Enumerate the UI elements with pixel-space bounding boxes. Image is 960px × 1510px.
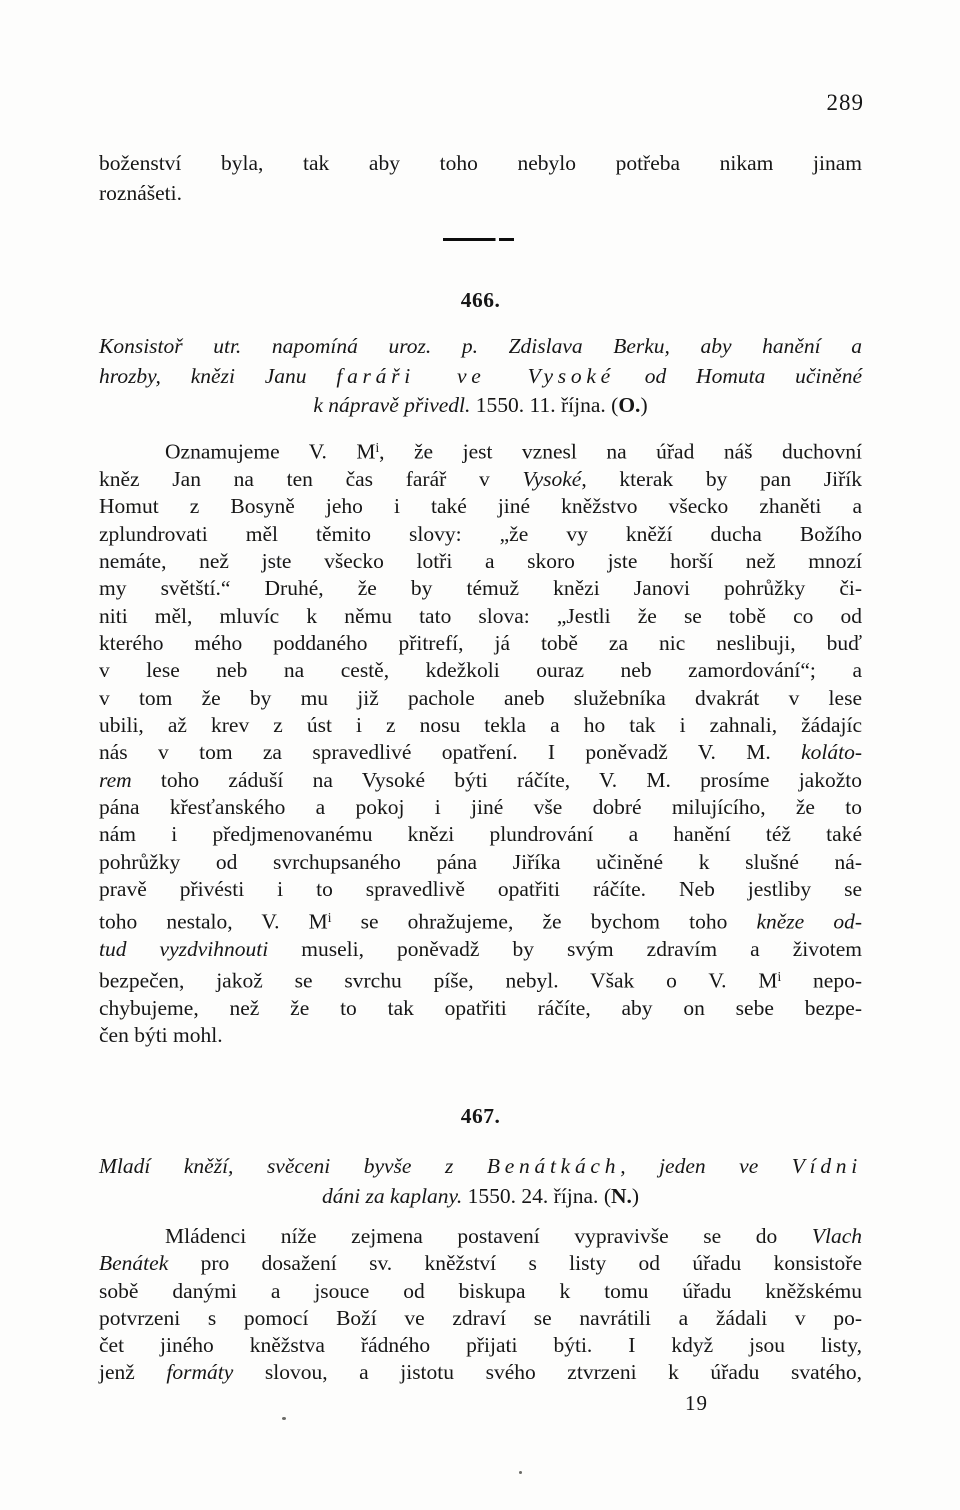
- text-run: Vlach: [812, 1224, 862, 1248]
- signature-mark: 19: [685, 1391, 708, 1416]
- text-line: chybujeme, než že to tak opatřiti ráčíte…: [99, 995, 862, 1022]
- text-run: v tom že by mu již pachole aneb služební…: [99, 686, 862, 710]
- text-run: bezpečen, jakož se svrchu píše, nebyl. V…: [99, 969, 777, 993]
- text-run: nepo-: [781, 969, 862, 993]
- text-run: potvrzeni s pomocí Boží ve zdraví se nav…: [99, 1306, 862, 1330]
- text-run: formáty: [166, 1360, 233, 1384]
- text-run: 1550. 24. října.: [468, 1184, 604, 1208]
- text-run: pohrůžky od svrchupsaného pána Jiříka uč…: [99, 850, 862, 874]
- text-run: N.: [611, 1184, 632, 1208]
- text-line: nám i předjmenovanému knězi plundrování …: [99, 821, 862, 848]
- text-run: hrozby, knězi Janu: [99, 364, 336, 388]
- text-run: 1550. 11. října.: [476, 393, 611, 417]
- text-run: pána křesťanského a pokoj i jiné vše dob…: [99, 795, 862, 819]
- text-line: nemáte, než jste všecko lotři a skoro js…: [99, 548, 862, 575]
- text-run: museli, poněvadž by svým zdravím a život…: [268, 937, 862, 961]
- text-run: k nápravě přivedl.: [313, 393, 475, 417]
- text-run: Mladí kněží, svěceni byvše z: [99, 1154, 487, 1178]
- text-run: pro dosažení sv. kněžství s listy od úřa…: [168, 1251, 862, 1275]
- text-line: boženství byla, tak aby toho nebylo potř…: [99, 148, 862, 178]
- text-line: potvrzeni s pomocí Boží ve zdraví se nav…: [99, 1305, 862, 1332]
- text-run: toho nestalo, V. M: [99, 909, 328, 933]
- text-line: ubili, až krev z úst i z nosu tekla a ho…: [99, 712, 862, 739]
- text-run: Homut z Bosyně jeho i také jiné kněžstvo…: [99, 494, 862, 518]
- text-run: nás v tom za spravedlivé opatření. I pon…: [99, 740, 801, 764]
- text-run: Vysoké: [522, 467, 581, 491]
- text-run: dáni za kaplany.: [322, 1184, 468, 1208]
- text-line: Oznamujeme V. Mi, že jest vznesl na úřad…: [99, 434, 862, 466]
- text-line: kterého mého poddaného přitrefí, já tobě…: [99, 630, 862, 657]
- entry-466-body: Oznamujeme V. Mi, že jest vznesl na úřad…: [99, 434, 862, 1050]
- text-line: Konsistoř utr. napomíná uroz. p. Zdislav…: [99, 332, 862, 362]
- text-run: v lese neb na cestě, kdežkoli ouraz neb …: [99, 658, 862, 682]
- text-run: Mládenci níže zejmena postavení vypraviv…: [165, 1224, 812, 1248]
- text-run: , jeden ve: [620, 1154, 792, 1178]
- entry-466-number: 466.: [99, 288, 862, 313]
- text-run: boženství byla, tak aby toho nebylo potř…: [99, 151, 862, 175]
- text-line: pohrůžky od svrchupsaného pána Jiříka uč…: [99, 849, 862, 876]
- text-line: Homut z Bosyně jeho i také jiné kněžstvo…: [99, 493, 862, 520]
- text-run: ubili, až krev z úst i z nosu tekla a ho…: [99, 713, 862, 737]
- text-run: my světští.“ Druhé, že by témuž knězi Ja…: [99, 576, 862, 600]
- text-line: v lese neb na cestě, kdežkoli ouraz neb …: [99, 657, 862, 684]
- text-run: sobě danými a jsouce od biskupa k tomu ú…: [99, 1279, 862, 1303]
- text-run: zplundrovati měl těmito slovy: „že vy kn…: [99, 522, 862, 546]
- text-run: Benátkách: [487, 1154, 620, 1178]
- text-run: faráři ve Vysoké: [336, 364, 615, 388]
- text-line: dáni za kaplany. 1550. 24. října. (N.): [99, 1182, 862, 1212]
- text-line: čet jiného kněžstva řádného přijati býti…: [99, 1332, 862, 1359]
- scan-speck: [282, 1417, 286, 1420]
- text-run: O.: [618, 393, 640, 417]
- text-line: toho nestalo, V. Mi se ohražujeme, že by…: [99, 904, 862, 936]
- text-run: chybujeme, než že to tak opatřiti ráčíte…: [99, 996, 862, 1020]
- text-line: zplundrovati měl těmito slovy: „že vy kn…: [99, 521, 862, 548]
- text-line: k nápravě přivedl. 1550. 11. října. (O.): [99, 391, 862, 421]
- text-line: jenž formáty slovou, a jistotu svého ztv…: [99, 1359, 862, 1386]
- entry-467-summary: Mladí kněží, svěceni byvše z Benátkách, …: [99, 1152, 862, 1211]
- text-run: ): [640, 393, 647, 417]
- text-line: Mládenci níže zejmena postavení vypraviv…: [99, 1223, 862, 1250]
- text-run: čen býti mohl.: [99, 1023, 223, 1047]
- entry-467-body: Mládenci níže zejmena postavení vypraviv…: [99, 1223, 862, 1387]
- text-run: čet jiného kněžstva řádného přijati býti…: [99, 1333, 862, 1357]
- text-run: Benátek: [99, 1251, 168, 1275]
- text-run: Konsistoř utr. napomíná uroz. p. Zdislav…: [99, 334, 862, 358]
- text-run: pravě přivésti i to spravedlivě opatřiti…: [99, 877, 862, 901]
- text-line: rem toho záduší na Vysoké býti ráčíte, V…: [99, 767, 862, 794]
- text-run: koláto-: [801, 740, 862, 764]
- text-line: nás v tom za spravedlivé opatření. I pon…: [99, 739, 862, 766]
- text-line: Mladí kněží, svěceni byvše z Benátkách, …: [99, 1152, 862, 1182]
- text-line: kněz Jan na ten čas farář v Vysoké, kter…: [99, 466, 862, 493]
- entry-466-summary: Konsistoř utr. napomíná uroz. p. Zdislav…: [99, 332, 862, 421]
- text-run: (: [604, 1184, 611, 1208]
- text-run: tud vyzdvihnouti: [99, 937, 268, 961]
- text-run: se ohražujeme, že bychom toho: [331, 909, 756, 933]
- page-number: 289: [827, 90, 865, 116]
- entry-467-number: 467.: [99, 1104, 862, 1129]
- text-line: pravě přivésti i to spravedlivě opatřiti…: [99, 876, 862, 903]
- text-run: rem: [99, 768, 132, 792]
- scan-speck: [519, 1471, 522, 1474]
- text-run: toho záduší na Vysoké býti ráčíte, V. M.…: [132, 768, 862, 792]
- text-run: kněze od-: [756, 909, 862, 933]
- text-run: slovou, a jistotu svého ztvrzeni k úřadu…: [233, 1360, 862, 1384]
- text-run: jenž: [99, 1360, 166, 1384]
- text-line: sobě danými a jsouce od biskupa k tomu ú…: [99, 1278, 862, 1305]
- text-line: niti měl, mluvíc k němu tato slova: „Jes…: [99, 603, 862, 630]
- text-run: , že jest vznesl na úřad náš duchovní: [379, 440, 862, 464]
- text-run: roznášeti.: [99, 181, 182, 205]
- text-line: roznášeti.: [99, 178, 862, 208]
- text-run: od Homuta učiněné: [615, 364, 862, 388]
- text-run: Oznamujeme V. M: [165, 440, 375, 464]
- text-run: Vídni: [792, 1154, 862, 1178]
- text-line: pána křesťanského a pokoj i jiné vše dob…: [99, 794, 862, 821]
- scanned-book-page: 289 boženství byla, tak aby toho nebylo …: [0, 0, 960, 1510]
- text-run: nám i předjmenovanému knězi plundrování …: [99, 822, 862, 846]
- text-line: v tom že by mu již pachole aneb služební…: [99, 685, 862, 712]
- text-run: nemáte, než jste všecko lotři a skoro js…: [99, 549, 862, 573]
- text-line: čen býti mohl.: [99, 1022, 862, 1049]
- text-line: Benátek pro dosažení sv. kněžství s list…: [99, 1250, 862, 1277]
- text-run: kterého mého poddaného přitrefí, já tobě…: [99, 631, 862, 655]
- carryover-paragraph: boženství byla, tak aby toho nebylo potř…: [99, 148, 862, 208]
- text-line: hrozby, knězi Janu faráři ve Vysoké od H…: [99, 362, 862, 392]
- text-line: bezpečen, jakož se svrchu píše, nebyl. V…: [99, 963, 862, 995]
- text-run: kněz Jan na ten čas farář v: [99, 467, 522, 491]
- text-run: niti měl, mluvíc k němu tato slova: „Jes…: [99, 604, 862, 628]
- text-run: , kterak by pan Jiřík: [581, 467, 862, 491]
- section-divider: [443, 238, 514, 241]
- text-line: my světští.“ Druhé, že by témuž knězi Ja…: [99, 575, 862, 602]
- text-line: tud vyzdvihnouti museli, poněvadž by svý…: [99, 936, 862, 963]
- text-run: ): [632, 1184, 639, 1208]
